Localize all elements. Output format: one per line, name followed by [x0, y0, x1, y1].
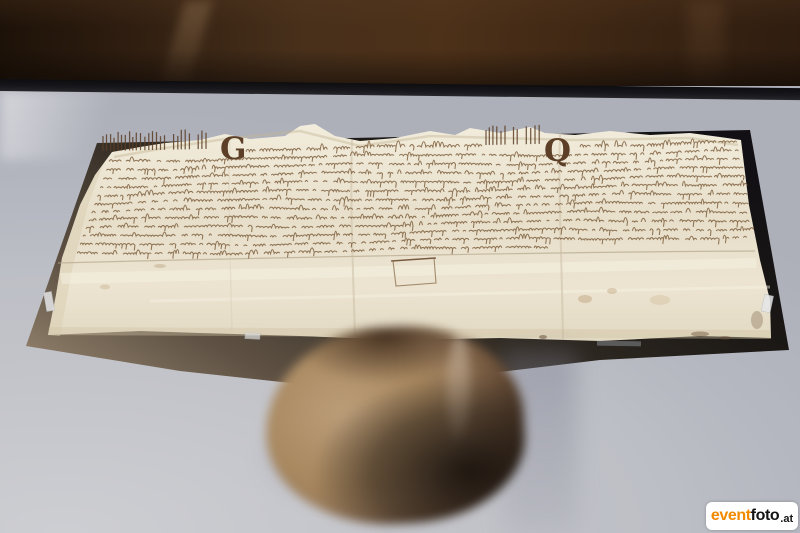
mounting-clip-bottom [245, 333, 260, 340]
initial-letter-q: Q [544, 133, 571, 169]
mat-reflection-strip [597, 341, 641, 347]
watermark-event-text: event [711, 507, 751, 525]
watermark-tld-text: .at [780, 513, 793, 525]
watermark-foto-text: foto [751, 507, 780, 525]
photo-stage: G Q eventfoto.at [0, 0, 800, 533]
parchment [48, 124, 771, 341]
watermark: eventfoto.at [706, 502, 798, 530]
initial-letter-g: G [220, 131, 246, 167]
